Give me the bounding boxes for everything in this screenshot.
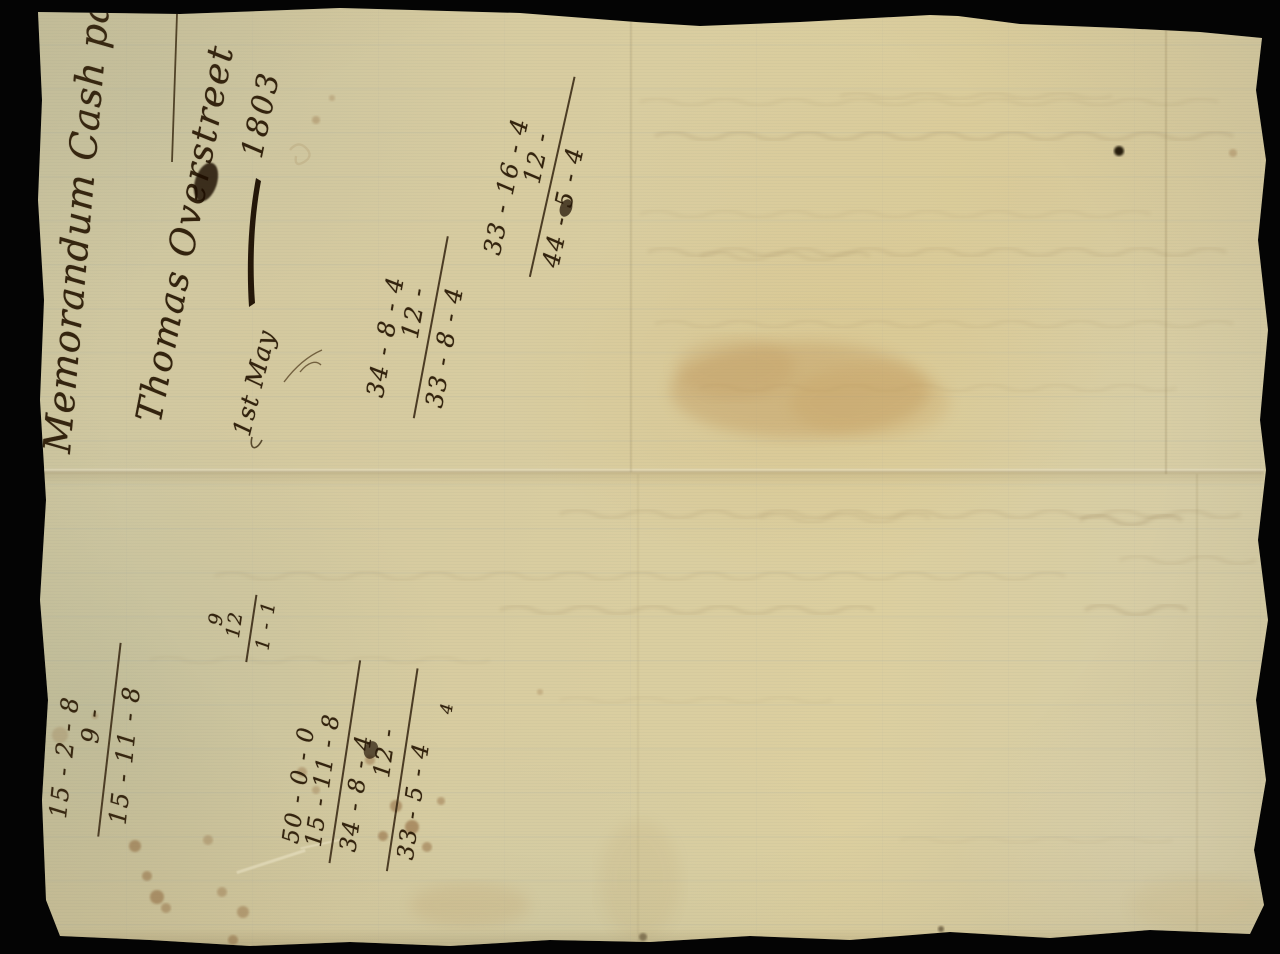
ink-dash-stroke [248, 178, 261, 307]
sum-small: 9 12 1 - 1 [204, 589, 280, 652]
paper-speck [161, 903, 171, 913]
bleedthrough-line [500, 606, 874, 614]
fold-crease-vertical-bottom [637, 474, 639, 942]
paper-speck [150, 890, 164, 904]
bleedthrough-line [560, 510, 1240, 518]
bleedthrough-line [700, 385, 1176, 392]
fold-crease-horizontal [38, 469, 1264, 473]
paper-speck [1114, 146, 1124, 156]
paper-speck [203, 835, 213, 845]
sum-top-right: 33 - 16 - 4 12 - 44 - 5 - 4 [480, 65, 602, 269]
sum-total: 1 - 1 [253, 595, 280, 651]
name-underline [172, 14, 177, 162]
crease-mark [236, 849, 305, 874]
paper-speck [129, 840, 141, 852]
bleedthrough-line [760, 514, 930, 523]
bleedthrough-line [648, 248, 1226, 256]
paper-stain [1130, 877, 1270, 933]
paper-speck [537, 689, 543, 695]
paper-speck [1229, 149, 1237, 157]
paper-speck [938, 926, 944, 932]
paper-stain [670, 342, 930, 438]
memo-title: Memorandum Cash paid [35, 0, 122, 455]
bleedthrough-line [655, 132, 1233, 140]
crease-right-top [1165, 30, 1167, 474]
bleedthrough-line [215, 572, 1065, 580]
paper-stain [410, 883, 530, 927]
sum-bottom-left: 15 - 2 - 8 9 - 15 - 11 - 8 [46, 637, 149, 826]
memo-date: 1st May [227, 327, 281, 439]
bleedthrough-line [560, 697, 832, 703]
fold-crease-vertical-top [630, 12, 632, 472]
paper-speck [217, 887, 227, 897]
fold-crease-shadow [38, 473, 1264, 485]
memo-author-name: Thomas Overstreet [129, 41, 243, 426]
paper-speck [237, 906, 249, 918]
paper-stain [675, 338, 795, 398]
bleedthrough-line [655, 321, 1233, 328]
paper-stain [600, 820, 680, 940]
paper-speck [639, 933, 647, 941]
sum-bottom-center: 50 - 0 - 0 15 - 11 - 8 34 - 8 - 4 12 - 3… [280, 653, 461, 864]
bleedthrough-line [640, 211, 1150, 218]
ghost-mark [290, 144, 310, 164]
document-paper: Memorandum Cash paid Thomas Overstreet 1… [0, 0, 1280, 954]
sum-total: 15 - 11 - 8 [106, 643, 149, 826]
paper-speck [228, 935, 238, 945]
bleedthrough-line [1085, 605, 1187, 615]
paper-speck [329, 95, 335, 101]
paper-stain [790, 366, 950, 438]
bleedthrough-line [1120, 556, 1256, 564]
crease-right-bottom [1196, 474, 1198, 938]
bleedthrough-line [840, 93, 1112, 99]
bleedthrough-line [700, 252, 870, 261]
bleedthrough-line [640, 99, 1218, 106]
paper-speck [757, 937, 763, 943]
memo-year: 1803 [235, 68, 288, 162]
bleedthrough-line [900, 837, 1172, 843]
paper-speck [312, 116, 320, 124]
date-flourish [284, 350, 322, 382]
photograph-background: Memorandum Cash paid Thomas Overstreet 1… [0, 0, 1280, 954]
bleedthrough-line [1080, 515, 1182, 525]
sum-top-center: 34 - 8 - 4 12 - 33 - 8 - 4 [363, 227, 476, 410]
paper-speck [142, 871, 152, 881]
